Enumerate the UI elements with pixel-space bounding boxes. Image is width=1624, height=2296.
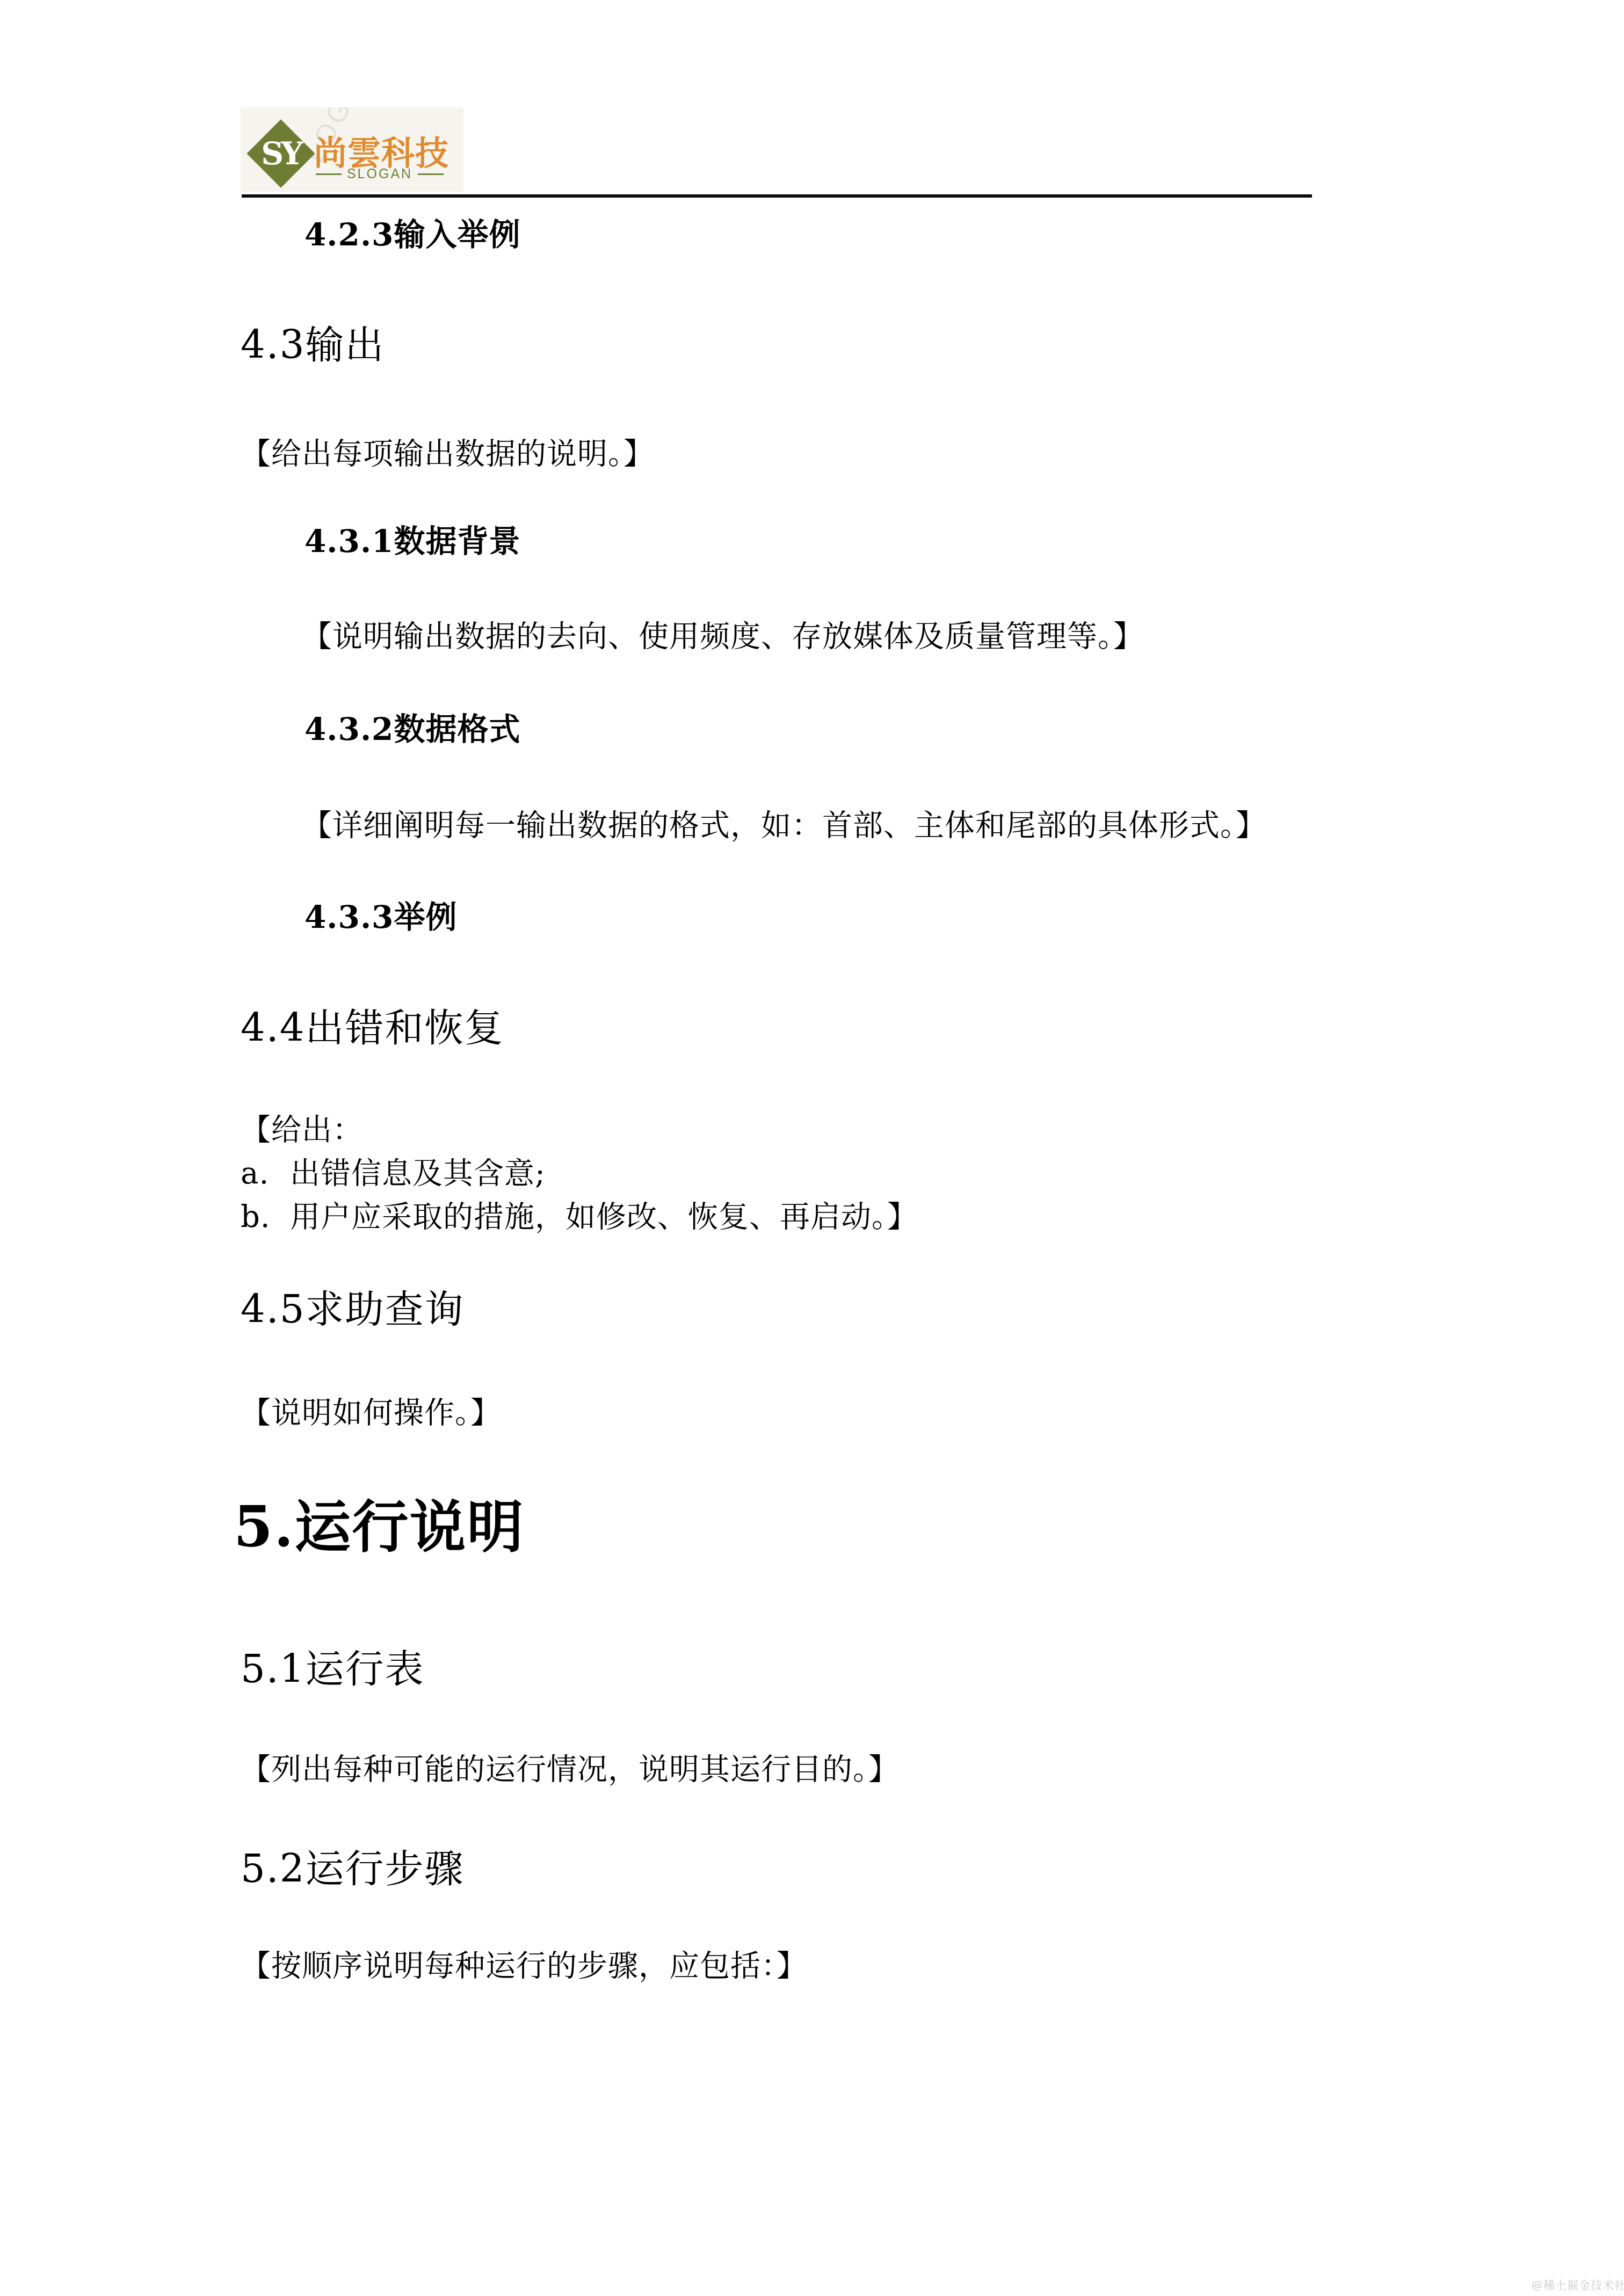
paragraph-4-3-1: 【说明输出数据的去向、使用频度、存放媒体及质量管理等。】 xyxy=(302,619,1144,655)
paragraph-4-4-list: 【给出： a.出错信息及其含意; b.用户应采取的措施，如修改、恢复、再启动。】 xyxy=(241,1108,918,1239)
heading-4-3-2: 4.3.2数据格式 xyxy=(305,712,520,747)
heading-4-3: 4.3输出 xyxy=(241,323,385,367)
paragraph-4-3-2: 【详细阐明每一输出数据的格式，如：首部、主体和尾部的具体形式。】 xyxy=(302,808,1266,844)
heading-5-1: 5.1运行表 xyxy=(241,1647,425,1691)
heading-4-2-3: 4.2.3输入举例 xyxy=(305,217,520,252)
paragraph-4-3: 【给出每项输出数据的说明。】 xyxy=(241,436,654,472)
header-divider xyxy=(242,194,1312,198)
heading-4-4: 4.4出错和恢复 xyxy=(241,1006,504,1050)
list-item-b-marker: b. xyxy=(241,1195,290,1239)
list-intro: 【给出： xyxy=(241,1108,918,1152)
heading-4-5: 4.5求助查询 xyxy=(241,1288,465,1331)
company-logo: LOGO SY 尚雲科技 SLOGAN xyxy=(241,107,463,192)
heading-5-2: 5.2运行步骤 xyxy=(241,1847,465,1891)
paragraph-5-2: 【按顺序说明每种运行的步骤，应包括：】 xyxy=(241,1948,807,1984)
community-watermark: @稀土掘金技术社区 xyxy=(1532,2277,1624,2293)
logo-slogan: SLOGAN xyxy=(316,166,444,182)
paragraph-5-1: 【列出每种可能的运行情况，说明其运行目的。】 xyxy=(241,1752,899,1788)
slogan-text: SLOGAN xyxy=(342,166,418,182)
logo-monogram: SY xyxy=(257,129,305,178)
list-item-b-text: 用户应采取的措施，如修改、恢复、再启动。】 xyxy=(290,1200,918,1234)
list-item-b: b.用户应采取的措施，如修改、恢复、再启动。】 xyxy=(241,1195,918,1239)
list-item-a: a.出错信息及其含意; xyxy=(241,1152,918,1195)
heading-4-3-1: 4.3.1数据背景 xyxy=(305,524,520,559)
paragraph-4-5: 【说明如何操作。】 xyxy=(241,1395,501,1431)
heading-5: 5.运行说明 xyxy=(234,1495,525,1559)
heading-4-3-3: 4.3.3举例 xyxy=(305,900,457,935)
list-item-a-marker: a. xyxy=(241,1152,290,1195)
slogan-left-line xyxy=(316,173,342,175)
list-item-a-text: 出错信息及其含意; xyxy=(290,1156,546,1191)
document-page: LOGO SY 尚雲科技 SLOGAN 4.2.3输入举例 4.3输出 【给出每… xyxy=(0,0,1624,2296)
slogan-right-line xyxy=(418,173,444,175)
